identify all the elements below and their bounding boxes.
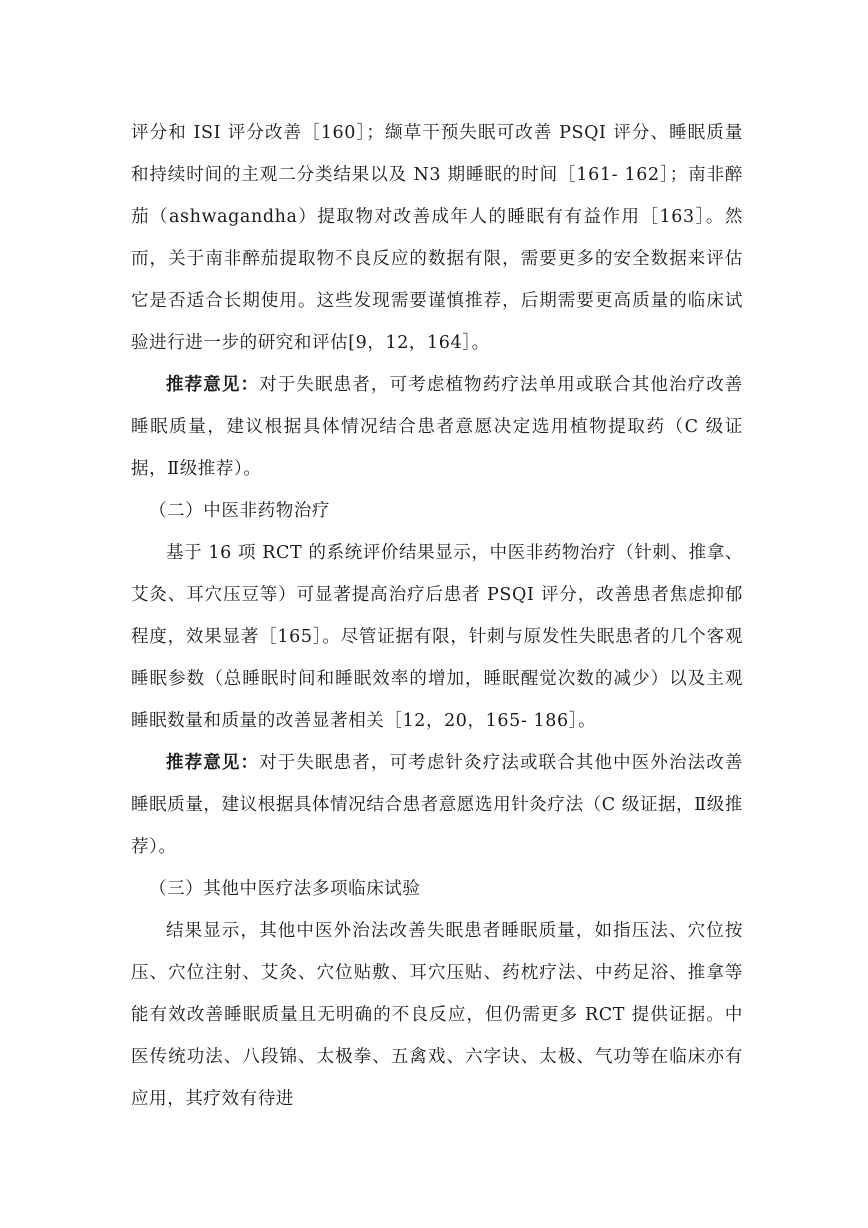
body-paragraph-tcm-non-drug: 基于 16 项 RCT 的系统评价结果显示，中医非药物治疗（针刺、推拿、艾灸、耳… xyxy=(131,532,743,742)
section-heading-tcm-non-drug: （二）中医非药物治疗 xyxy=(131,490,743,532)
recommendation-label: 推荐意见： xyxy=(166,375,259,395)
recommendation-paragraph-herbal: 推荐意见：对于失眠患者，可考虑植物药疗法单用或联合其他治疗改善睡眠质量，建议根据… xyxy=(131,364,743,490)
document-page: 评分和 ISI 评分改善［160］；缬草干预失眠可改善 PSQI 评分、睡眠质量… xyxy=(131,112,743,1120)
body-paragraph-other-tcm: 结果显示，其他中医外治法改善失眠患者睡眠质量，如指压法、穴位按压、穴位注射、艾灸… xyxy=(131,910,743,1120)
recommendation-paragraph-acupuncture: 推荐意见：对于失眠患者，可考虑针灸疗法或联合其他中医外治法改善睡眠质量，建议根据… xyxy=(131,742,743,868)
recommendation-label: 推荐意见： xyxy=(166,753,259,773)
section-heading-other-tcm: （三）其他中医疗法多项临床试验 xyxy=(131,868,743,910)
body-paragraph-herbal-evidence: 评分和 ISI 评分改善［160］；缬草干预失眠可改善 PSQI 评分、睡眠质量… xyxy=(131,112,743,364)
